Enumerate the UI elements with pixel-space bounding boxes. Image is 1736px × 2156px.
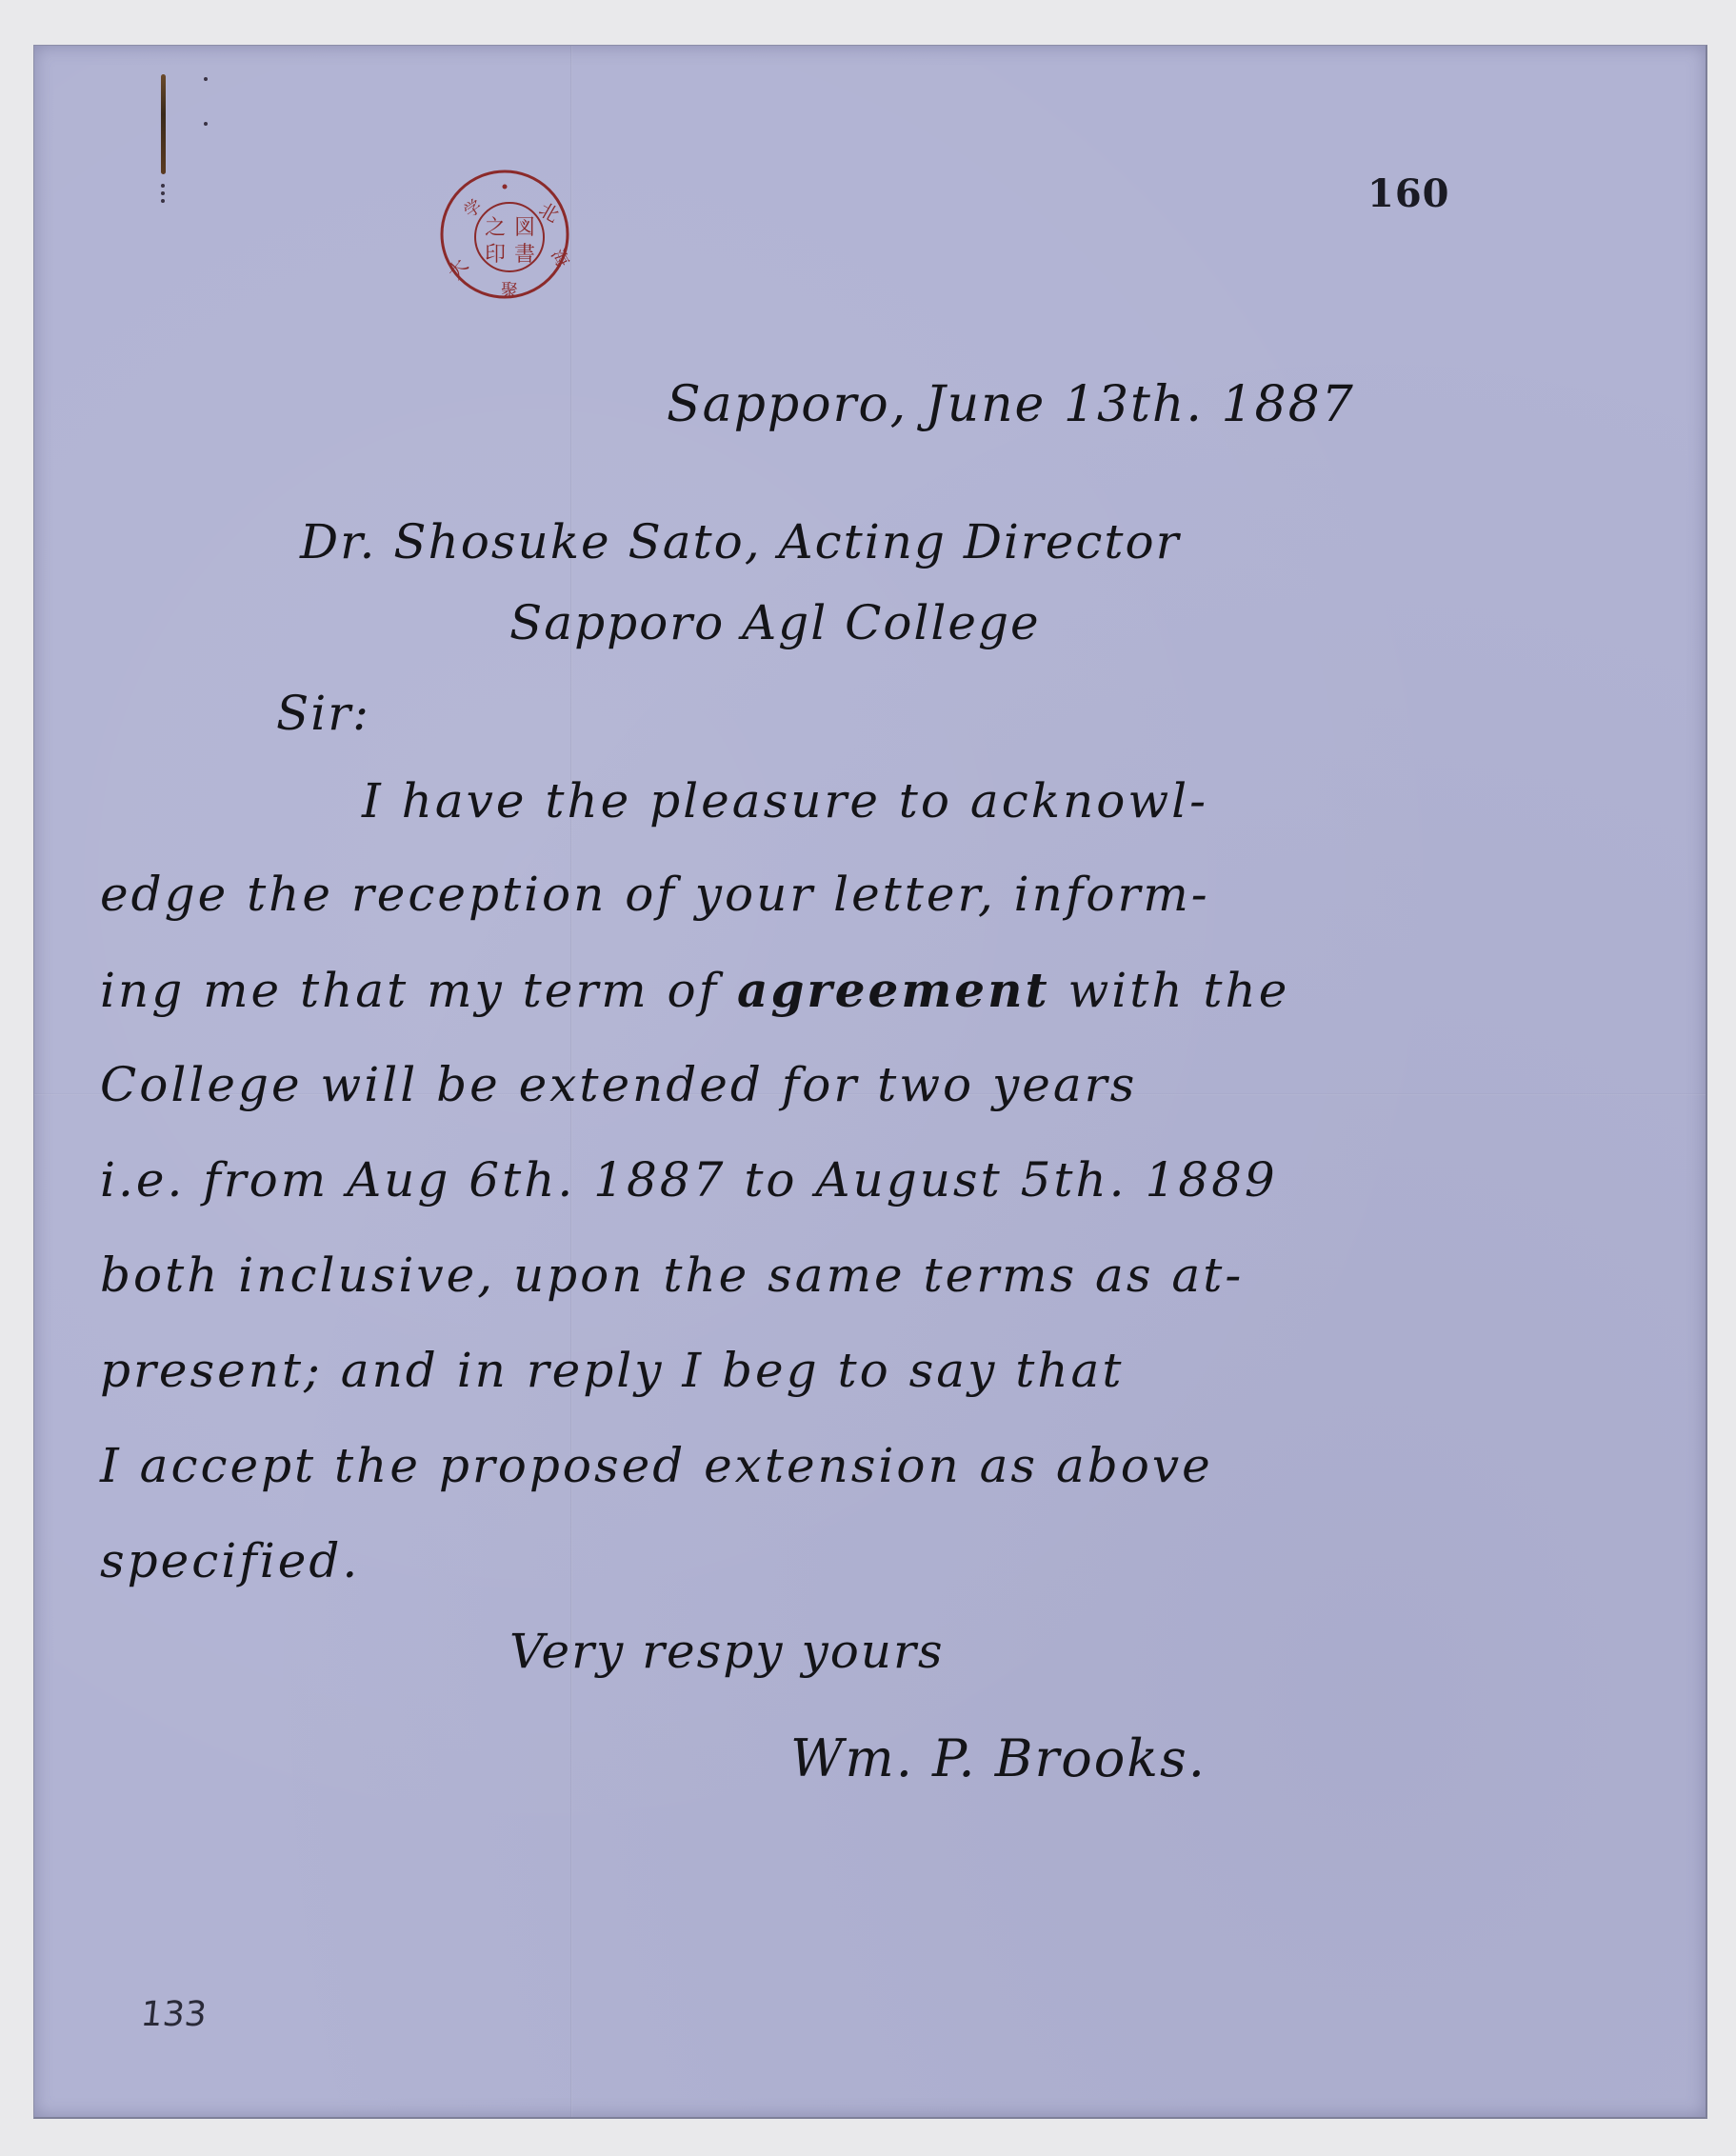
body-line: I have the pleasure to acknowl- (362, 773, 1208, 828)
svg-text:印: 印 (485, 243, 506, 267)
body-line-text: ing me that my term of (100, 963, 719, 1018)
svg-text:海: 海 (547, 246, 572, 270)
emphasized-word-agreement: agreement (737, 962, 1050, 1018)
recipient-name-line: Dr. Shosuke Sato, Acting Director (300, 514, 1181, 569)
pin-hole (204, 122, 208, 126)
body-line: I accept the proposed extension as above (100, 1438, 1213, 1493)
pin-hole (161, 199, 165, 203)
svg-text:学: 学 (460, 196, 486, 223)
body-line: specified. (100, 1533, 360, 1588)
body-line: edge the reception of your letter, infor… (100, 867, 1210, 922)
reference-number: 160 (1367, 171, 1450, 216)
svg-text:図: 図 (514, 216, 535, 240)
signature: Wm. P. Brooks. (790, 1728, 1207, 1788)
body-line: i.e. from Aug 6th. 1887 to August 5th. 1… (100, 1152, 1278, 1208)
body-line: ing me that my term of agreement with th… (100, 962, 1289, 1018)
body-line-tail: with the (1068, 963, 1289, 1018)
letter-date-line: Sapporo, June 13th. 1887 (667, 376, 1355, 433)
body-line: present; and in reply I beg to say that (100, 1343, 1124, 1398)
recipient-institution-line: Sapporo Agl College (509, 595, 1041, 650)
svg-text:聚: 聚 (501, 281, 518, 301)
body-line: College will be extended for two years (100, 1057, 1137, 1112)
svg-text:之: 之 (485, 216, 506, 240)
pin-hole (161, 191, 165, 195)
salutation: Sir: (276, 686, 370, 741)
library-seal-stamp-icon: 北 海 聚 大 学 図 書 之 印 (436, 166, 573, 303)
body-line: both inclusive, upon the same terms as a… (100, 1248, 1244, 1303)
pin-rust-mark (161, 74, 166, 174)
pin-hole (204, 77, 208, 81)
archive-pencil-number: 133 (139, 1995, 209, 2034)
svg-text:書: 書 (514, 243, 535, 267)
pin-hole (161, 184, 165, 188)
closing-phrase: Very respy yours (509, 1624, 945, 1679)
